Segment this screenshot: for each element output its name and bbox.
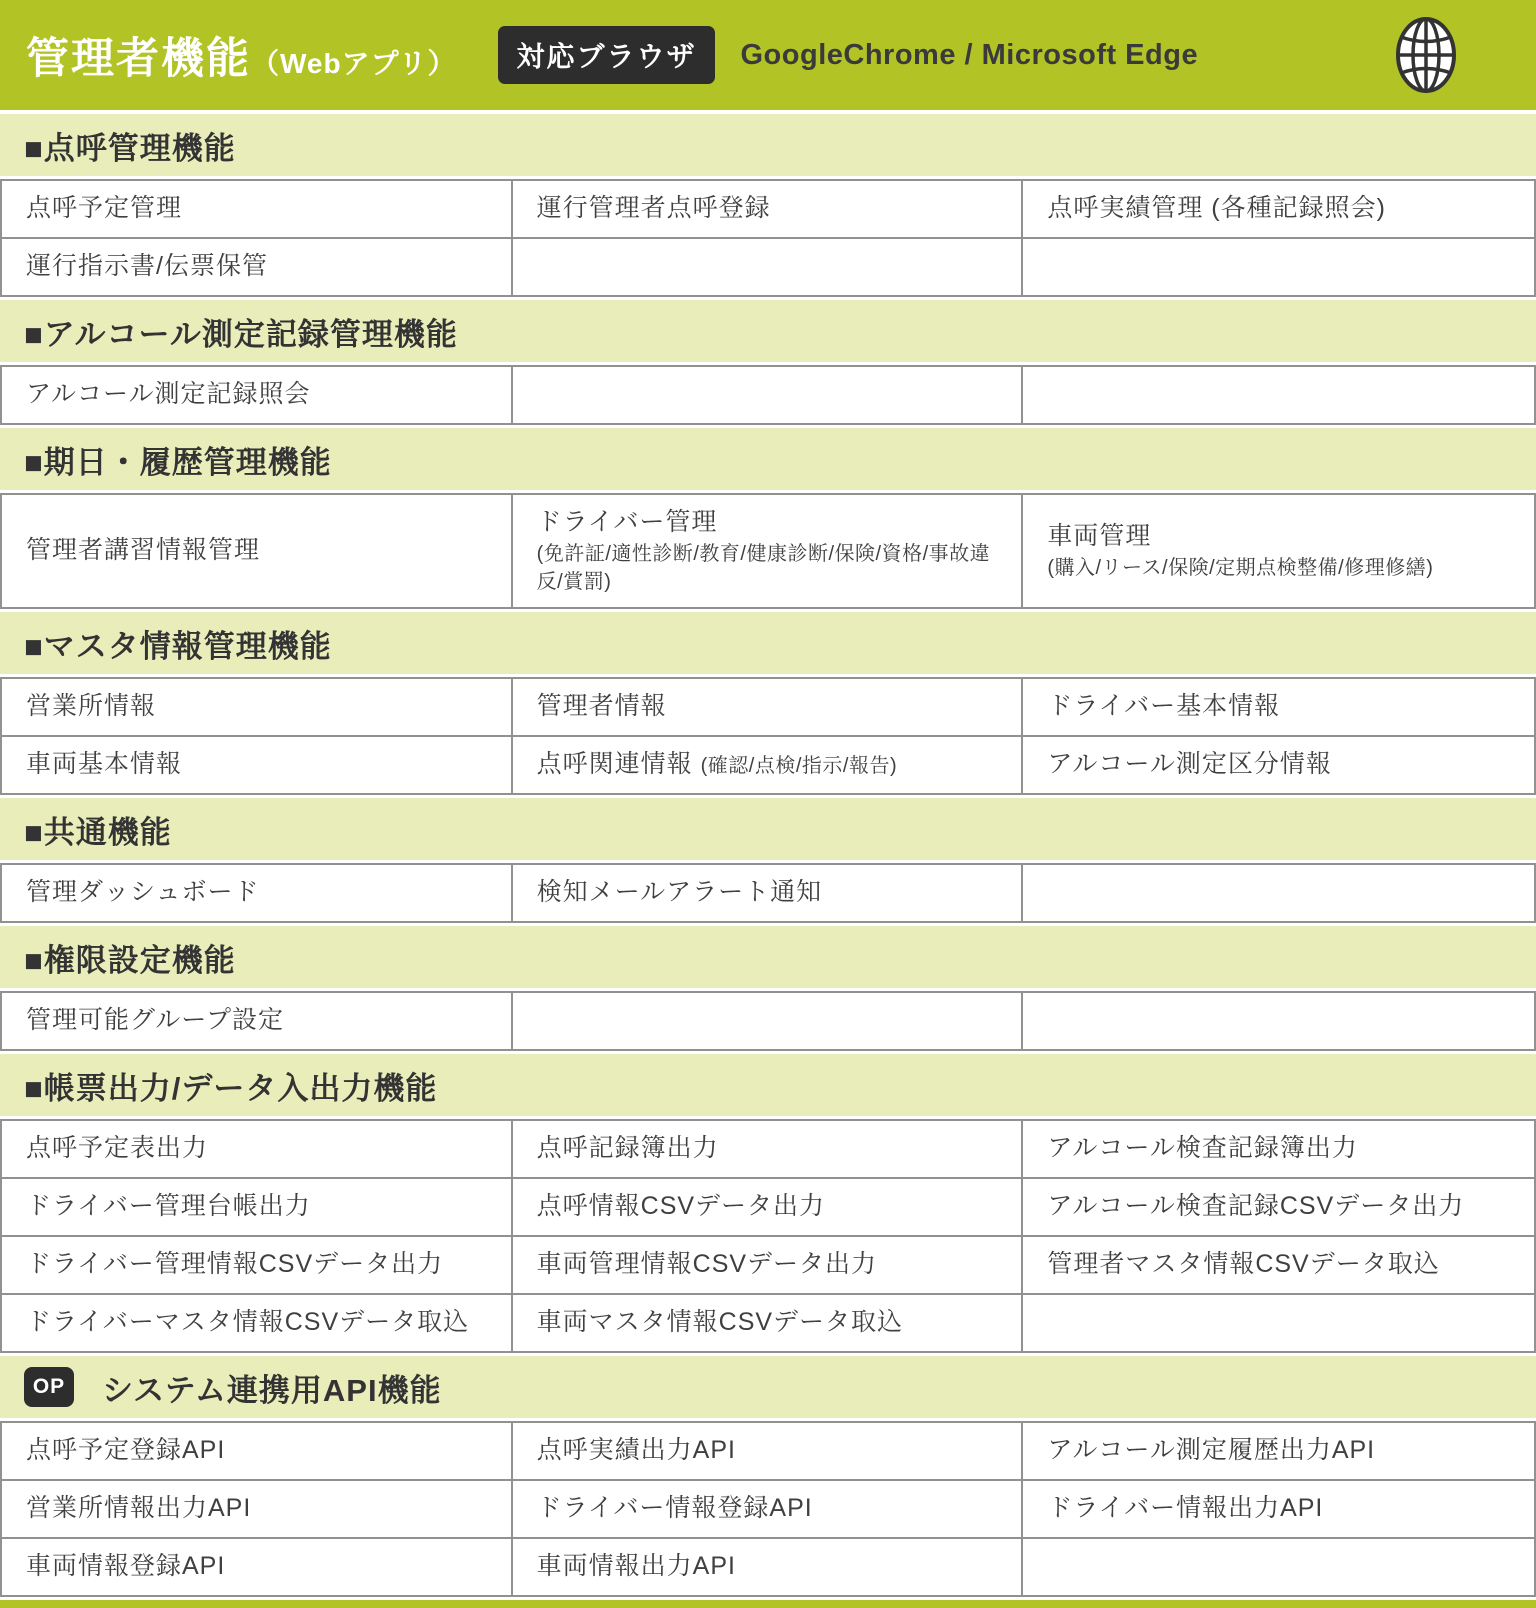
feature-cell: [513, 367, 1024, 423]
feature-label: 管理可能グループ設定: [26, 1004, 493, 1038]
feature-cell: 管理者講習情報管理: [2, 495, 513, 607]
section-header: ■帳票出力/データ入出力機能: [0, 1054, 1536, 1116]
feature-cell: [1023, 239, 1534, 295]
supported-browser-badge: 対応ブラウザ: [498, 26, 714, 84]
feature-label: ドライバー管理台帳出力: [26, 1190, 493, 1224]
feature-label: 点呼予定表出力: [26, 1132, 493, 1166]
feature-label: 管理者マスタ情報CSVデータ取込: [1047, 1248, 1516, 1282]
feature-cell: 車両情報出力API: [513, 1539, 1024, 1595]
feature-label: ドライバー管理情報CSVデータ出力: [26, 1248, 493, 1282]
section-title: ■帳票出力/データ入出力機能: [24, 1063, 437, 1108]
feature-label: 点呼記録簿出力: [537, 1132, 1004, 1166]
feature-cell: 管理可能グループ設定: [2, 993, 513, 1049]
feature-cell: ドライバー情報登録API: [513, 1481, 1024, 1537]
table-row: 管理可能グループ設定: [2, 993, 1534, 1049]
page-title: 管理者機能: [26, 25, 251, 86]
feature-label: 点呼実績管理 (各種記録照会): [1047, 192, 1516, 226]
feature-cell: 運行指示書/伝票保管: [2, 239, 513, 295]
section-title: ■期日・履歴管理機能: [24, 437, 332, 482]
feature-cell: ドライバー管理台帳出力: [2, 1179, 513, 1235]
feature-label: 点呼予定管理: [26, 192, 493, 226]
table-row: 点呼予定管理運行管理者点呼登録点呼実績管理 (各種記録照会): [2, 181, 1534, 239]
feature-sublabel: (免許証/適性診断/教育/健康診断/保険/資格/事故違反/賞罰): [537, 540, 1004, 596]
table-row: 点呼予定表出力点呼記録簿出力アルコール検査記録簿出力: [2, 1121, 1534, 1179]
feature-label: ドライバー管理: [537, 506, 1004, 540]
feature-cell: ドライバー管理情報CSVデータ出力: [2, 1237, 513, 1293]
feature-cell: アルコール測定記録照会: [2, 367, 513, 423]
feature-label: 運行指示書/伝票保管: [26, 250, 493, 284]
feature-cell: 点呼実績管理 (各種記録照会): [1023, 181, 1534, 237]
feature-label: 管理者講習情報管理: [26, 534, 493, 568]
bottom-strip: [0, 1600, 1536, 1608]
feature-cell: アルコール検査記録簿出力: [1023, 1121, 1534, 1177]
feature-cell: アルコール検査記録CSVデータ出力: [1023, 1179, 1534, 1235]
feature-label: 車両マスタ情報CSVデータ取込: [537, 1306, 1004, 1340]
section-title: ■共通機能: [24, 807, 172, 852]
feature-label: 点呼実績出力API: [537, 1434, 1004, 1468]
feature-cell: [1023, 1539, 1534, 1595]
feature-cell: [1023, 367, 1534, 423]
section-title: ■マスタ情報管理機能: [24, 621, 332, 666]
feature-label: 営業所情報: [26, 690, 493, 724]
section-header: ■点呼管理機能: [0, 114, 1536, 176]
header-bar: 管理者機能 （Webアプリ） 対応ブラウザ GoogleChrome / Mic…: [0, 0, 1536, 110]
table-row: ドライバー管理台帳出力点呼情報CSVデータ出力アルコール検査記録CSVデータ出力: [2, 1179, 1534, 1237]
feature-label: ドライバーマスタ情報CSVデータ取込: [26, 1306, 493, 1340]
feature-cell: [1023, 993, 1534, 1049]
feature-label: 点呼関連情報 (確認/点検/指示/報告): [537, 748, 1004, 782]
feature-cell: 点呼記録簿出力: [513, 1121, 1024, 1177]
feature-table: ■点呼管理機能点呼予定管理運行管理者点呼登録点呼実績管理 (各種記録照会)運行指…: [0, 110, 1536, 1597]
feature-label: 管理ダッシュボード: [26, 876, 493, 910]
feature-label: 運行管理者点呼登録: [537, 192, 1004, 226]
feature-cell: 営業所情報出力API: [2, 1481, 513, 1537]
feature-cell: 管理者マスタ情報CSVデータ取込: [1023, 1237, 1534, 1293]
table-row: 車両基本情報点呼関連情報 (確認/点検/指示/報告)アルコール測定区分情報: [2, 737, 1534, 793]
browser-names-label: GoogleChrome / Microsoft Edge: [741, 39, 1199, 72]
feature-cell: 車両情報登録API: [2, 1539, 513, 1595]
feature-label: 点呼予定登録API: [26, 1434, 493, 1468]
table-row: 車両情報登録API車両情報出力API: [2, 1539, 1534, 1595]
feature-label: アルコール検査記録CSVデータ出力: [1047, 1190, 1516, 1224]
feature-label: アルコール測定履歴出力API: [1047, 1434, 1516, 1468]
feature-sublabel: (確認/点検/指示/報告): [701, 755, 898, 777]
feature-label: 営業所情報出力API: [26, 1492, 493, 1526]
feature-grid: 管理可能グループ設定: [0, 991, 1536, 1051]
section-title: ■アルコール測定記録管理機能: [24, 309, 458, 354]
feature-label: ドライバー基本情報: [1047, 690, 1516, 724]
table-row: 点呼予定登録API点呼実績出力APIアルコール測定履歴出力API: [2, 1423, 1534, 1481]
page-title-wrap: 管理者機能 （Webアプリ）: [26, 25, 456, 86]
page-title-suffix: （Webアプリ）: [251, 42, 456, 82]
section-header: ■権限設定機能: [0, 926, 1536, 988]
table-row: ドライバー管理情報CSVデータ出力車両管理情報CSVデータ出力管理者マスタ情報C…: [2, 1237, 1534, 1295]
feature-cell: [1023, 1295, 1534, 1351]
table-row: 営業所情報出力APIドライバー情報登録APIドライバー情報出力API: [2, 1481, 1534, 1539]
feature-label: 車両管理: [1047, 520, 1516, 554]
section-header: ■共通機能: [0, 798, 1536, 860]
feature-cell: 点呼関連情報 (確認/点検/指示/報告): [513, 737, 1024, 793]
feature-label: アルコール測定記録照会: [26, 378, 493, 412]
feature-cell: 車両管理情報CSVデータ出力: [513, 1237, 1024, 1293]
feature-label: ドライバー情報出力API: [1047, 1492, 1516, 1526]
feature-cell: 検知メールアラート通知: [513, 865, 1024, 921]
feature-cell: 運行管理者点呼登録: [513, 181, 1024, 237]
feature-cell: ドライバー管理(免許証/適性診断/教育/健康診断/保険/資格/事故違反/賞罰): [513, 495, 1024, 607]
feature-label: 車両管理情報CSVデータ出力: [537, 1248, 1004, 1282]
feature-cell: [1023, 865, 1534, 921]
feature-grid: 営業所情報管理者情報ドライバー基本情報車両基本情報点呼関連情報 (確認/点検/指…: [0, 677, 1536, 795]
section-header: ■アルコール測定記録管理機能: [0, 300, 1536, 362]
feature-cell: ドライバーマスタ情報CSVデータ取込: [2, 1295, 513, 1351]
feature-label: 検知メールアラート通知: [537, 876, 1004, 910]
feature-cell: 点呼予定管理: [2, 181, 513, 237]
feature-cell: [513, 239, 1024, 295]
feature-label: ドライバー情報登録API: [537, 1492, 1004, 1526]
feature-label: アルコール測定区分情報: [1047, 748, 1516, 782]
section-title: ■点呼管理機能: [24, 123, 236, 168]
table-row: アルコール測定記録照会: [2, 367, 1534, 423]
feature-label: 車両情報出力API: [537, 1550, 1004, 1584]
table-row: ドライバーマスタ情報CSVデータ取込車両マスタ情報CSVデータ取込: [2, 1295, 1534, 1351]
feature-grid: 点呼予定管理運行管理者点呼登録点呼実績管理 (各種記録照会)運行指示書/伝票保管: [0, 179, 1536, 297]
feature-cell: 営業所情報: [2, 679, 513, 735]
feature-cell: 車両マスタ情報CSVデータ取込: [513, 1295, 1024, 1351]
feature-label: 点呼情報CSVデータ出力: [537, 1190, 1004, 1224]
feature-cell: [513, 993, 1024, 1049]
section-header: OPシステム連携用API機能: [0, 1356, 1536, 1418]
table-row: 営業所情報管理者情報ドライバー基本情報: [2, 679, 1534, 737]
op-badge: OP: [24, 1367, 74, 1407]
feature-cell: 点呼予定登録API: [2, 1423, 513, 1479]
table-row: 管理者講習情報管理ドライバー管理(免許証/適性診断/教育/健康診断/保険/資格/…: [2, 495, 1534, 607]
table-row: 管理ダッシュボード検知メールアラート通知: [2, 865, 1534, 921]
globe-icon: [1394, 15, 1458, 95]
feature-label: 管理者情報: [537, 690, 1004, 724]
feature-cell: 車両管理(購入/リース/保険/定期点検整備/修理修繕): [1023, 495, 1534, 607]
feature-grid: 管理者講習情報管理ドライバー管理(免許証/適性診断/教育/健康診断/保険/資格/…: [0, 493, 1536, 609]
table-row: 運行指示書/伝票保管: [2, 239, 1534, 295]
section-header: ■期日・履歴管理機能: [0, 428, 1536, 490]
feature-grid: 点呼予定登録API点呼実績出力APIアルコール測定履歴出力API営業所情報出力A…: [0, 1421, 1536, 1597]
feature-grid: 点呼予定表出力点呼記録簿出力アルコール検査記録簿出力ドライバー管理台帳出力点呼情…: [0, 1119, 1536, 1353]
feature-cell: ドライバー基本情報: [1023, 679, 1534, 735]
feature-label: 車両基本情報: [26, 748, 493, 782]
feature-cell: ドライバー情報出力API: [1023, 1481, 1534, 1537]
feature-cell: 点呼実績出力API: [513, 1423, 1024, 1479]
feature-cell: 点呼予定表出力: [2, 1121, 513, 1177]
feature-cell: 車両基本情報: [2, 737, 513, 793]
feature-cell: アルコール測定履歴出力API: [1023, 1423, 1534, 1479]
section-title: システム連携用API機能: [102, 1365, 442, 1410]
feature-label: アルコール検査記録簿出力: [1047, 1132, 1516, 1166]
section-header: ■マスタ情報管理機能: [0, 612, 1536, 674]
feature-sublabel: (購入/リース/保険/定期点検整備/修理修繕): [1047, 554, 1516, 582]
feature-grid: 管理ダッシュボード検知メールアラート通知: [0, 863, 1536, 923]
feature-grid: アルコール測定記録照会: [0, 365, 1536, 425]
section-title: ■権限設定機能: [24, 935, 236, 980]
feature-cell: アルコール測定区分情報: [1023, 737, 1534, 793]
feature-cell: 管理ダッシュボード: [2, 865, 513, 921]
feature-cell: 点呼情報CSVデータ出力: [513, 1179, 1024, 1235]
feature-label: 車両情報登録API: [26, 1550, 493, 1584]
feature-cell: 管理者情報: [513, 679, 1024, 735]
